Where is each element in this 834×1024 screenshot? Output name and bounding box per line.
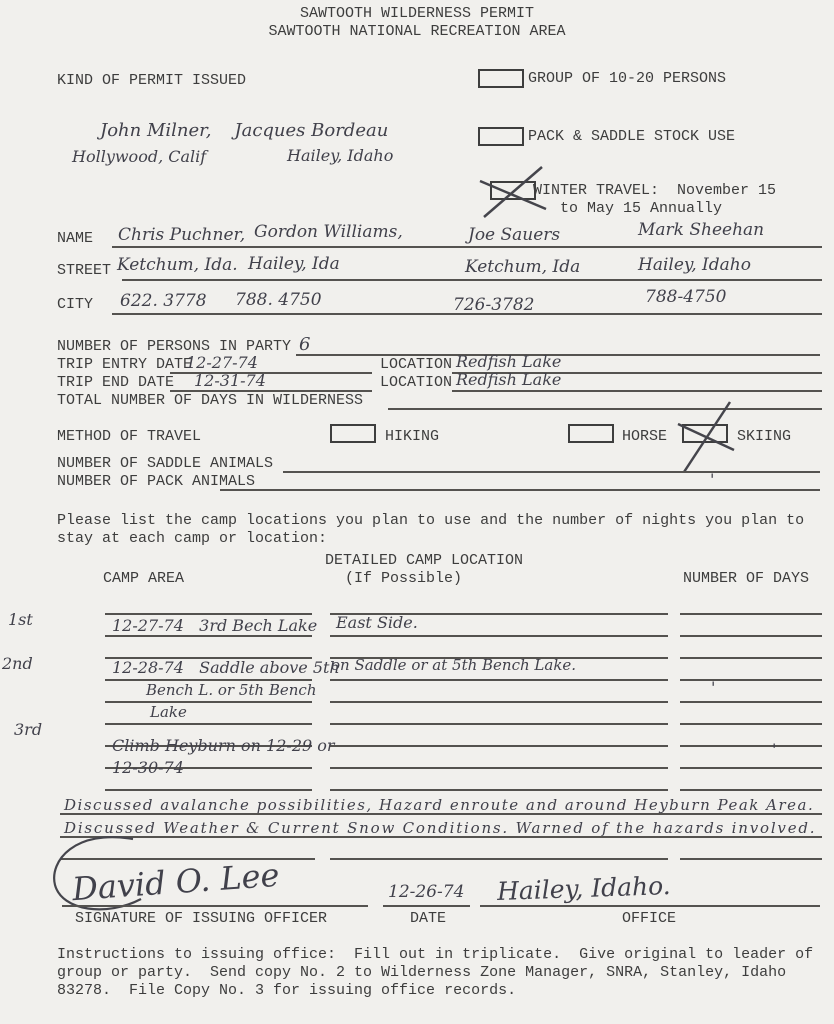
handwritten-city-2: 788. 4750 xyxy=(235,292,322,309)
street-label: STREET xyxy=(57,262,111,280)
handwritten-name-4: Mark Sheehan xyxy=(638,222,764,239)
saddle-animals-line xyxy=(283,471,820,473)
number-of-days-header: NUMBER OF DAYS xyxy=(683,570,809,588)
name-line xyxy=(112,246,822,248)
camp-area-header: CAMP AREA xyxy=(103,570,184,588)
handwritten-name-1: Chris Puchner, xyxy=(118,227,245,244)
handwritten-name-2: Gordon Williams, xyxy=(254,224,403,241)
winter-travel-label-cont: to May 15 Annually xyxy=(560,200,722,218)
winter-travel-checkbox-label: WINTER TRAVEL: November 15 xyxy=(533,182,776,200)
x-mark-icon xyxy=(676,398,740,476)
detail-column-rules xyxy=(330,613,668,792)
handwritten-leader-names: John Milner, Jacques Bordeau xyxy=(100,122,388,140)
handwritten-city-4: 788-4750 xyxy=(645,289,726,306)
handwritten-leader-city2: Hailey, Idaho xyxy=(287,148,393,164)
handwritten-entry-date: 12-27-74 xyxy=(186,355,258,371)
handwritten-leader-city1: Hollywood, Calif xyxy=(72,149,206,165)
notes-line-3b xyxy=(330,858,668,860)
page-subtitle: SAWTOOTH NATIONAL RECREATION AREA xyxy=(0,23,834,41)
camp-intro-line2: stay at each camp or location: xyxy=(57,530,327,548)
instructions-line2: group or party. Send copy No. 2 to Wilde… xyxy=(57,964,786,982)
camp3-area: Climb Heyburn on 12-29 or xyxy=(112,738,335,754)
hiking-label: HIKING xyxy=(385,428,439,446)
handwritten-street-4: Hailey, Idaho xyxy=(638,257,751,274)
handwritten-note-2: Discussed Weather & Current Snow Conditi… xyxy=(64,821,816,836)
camp2-detail: on Saddle or at 5th Bench Lake. xyxy=(331,658,576,673)
handwritten-name-3: Joe Sauers xyxy=(468,227,560,244)
instructions-line1: Instructions to issuing office: Fill out… xyxy=(57,946,813,964)
camp1-detail: East Side. xyxy=(336,615,418,631)
handwritten-city-3: 726-3782 xyxy=(453,297,534,314)
camp-intro-line1: Please list the camp locations you plan … xyxy=(57,512,804,530)
group-checkbox xyxy=(478,69,524,88)
camp2-area-cont2: Lake xyxy=(150,705,187,720)
kind-of-permit-label: KIND OF PERMIT ISSUED xyxy=(57,72,246,90)
handwritten-note-1: Discussed avalanche possibilities, Hazar… xyxy=(64,798,814,813)
pack-animals-line xyxy=(220,489,820,491)
ordinal-3rd: 3rd xyxy=(14,722,42,738)
page-title: SAWTOOTH WILDERNESS PERMIT xyxy=(0,5,834,23)
office-line xyxy=(480,905,820,907)
winter-travel-checkbox xyxy=(490,181,536,200)
pack-saddle-checkbox xyxy=(478,127,524,146)
date-label: DATE xyxy=(410,910,446,928)
horse-checkbox xyxy=(568,424,614,443)
name-label: NAME xyxy=(57,230,93,248)
days-column-rules xyxy=(680,613,822,792)
street-line xyxy=(122,279,822,281)
office-label: OFFICE xyxy=(622,910,676,928)
city-label: CITY xyxy=(57,296,93,314)
handwritten-street-3: Ketchum, Ida xyxy=(465,259,580,276)
stray-pen-mark: ' xyxy=(772,742,776,758)
scanned-wilderness-permit: SAWTOOTH WILDERNESS PERMIT SAWTOOTH NATI… xyxy=(0,0,834,1024)
detailed-camp-location-header: DETAILED CAMP LOCATION xyxy=(325,552,523,570)
stray-pen-mark: ' xyxy=(711,680,715,696)
end-location-label: LOCATION xyxy=(380,374,452,392)
notes-line-3c xyxy=(680,858,822,860)
handwritten-date: 12-26-74 xyxy=(388,884,464,901)
handwritten-street-1: Ketchum, Ida. xyxy=(117,257,238,274)
end-location-line xyxy=(452,390,822,392)
signature-of-issuing-officer-label: SIGNATURE OF ISSUING OFFICER xyxy=(75,910,327,928)
if-possible-header: (If Possible) xyxy=(345,570,462,588)
skiing-checkbox xyxy=(682,424,728,443)
group-checkbox-label: GROUP OF 10-20 PERSONS xyxy=(528,70,726,88)
camp3-area-cont: 12-30-74 xyxy=(112,760,184,776)
stray-pen-mark: ' xyxy=(710,472,714,488)
handwritten-office: Hailey, Idaho. xyxy=(497,873,671,904)
handwritten-end-date: 12-31-74 xyxy=(194,373,266,389)
total-days-line xyxy=(388,408,822,410)
entry-location-label: LOCATION xyxy=(380,356,452,374)
signature-line xyxy=(62,905,368,907)
skiing-label: SKIING xyxy=(737,428,791,446)
method-of-travel-label: METHOD OF TRAVEL xyxy=(57,428,201,446)
handwritten-end-location: Redfish Lake xyxy=(456,372,561,388)
handwritten-street-2: Hailey, Ida xyxy=(248,256,340,273)
date-line xyxy=(383,905,470,907)
pack-saddle-checkbox-label: PACK & SADDLE STOCK USE xyxy=(528,128,735,146)
camp2-area: 12-28-74 Saddle above 5th xyxy=(112,660,340,676)
hiking-checkbox xyxy=(330,424,376,443)
handwritten-persons-count: 6 xyxy=(299,336,310,354)
camp2-area-cont1: Bench L. or 5th Bench xyxy=(146,683,316,698)
horse-label: HORSE xyxy=(622,428,667,446)
ordinal-1st: 1st xyxy=(8,612,33,628)
ordinal-2nd: 2nd xyxy=(2,656,33,672)
instructions-line3: 83278. File Copy No. 3 for issuing offic… xyxy=(57,982,516,1000)
saddle-animals-label: NUMBER OF SADDLE ANIMALS xyxy=(57,455,273,473)
trip-end-date-label: TRIP END DATE xyxy=(57,374,174,392)
handwritten-entry-location: Redfish Lake xyxy=(456,354,561,370)
total-days-label: TOTAL NUMBER OF DAYS IN WILDERNESS xyxy=(57,392,363,410)
handwritten-city-1: 622. 3778 xyxy=(120,293,207,310)
camp1-area: 12-27-74 3rd Bech Lake xyxy=(112,618,317,634)
